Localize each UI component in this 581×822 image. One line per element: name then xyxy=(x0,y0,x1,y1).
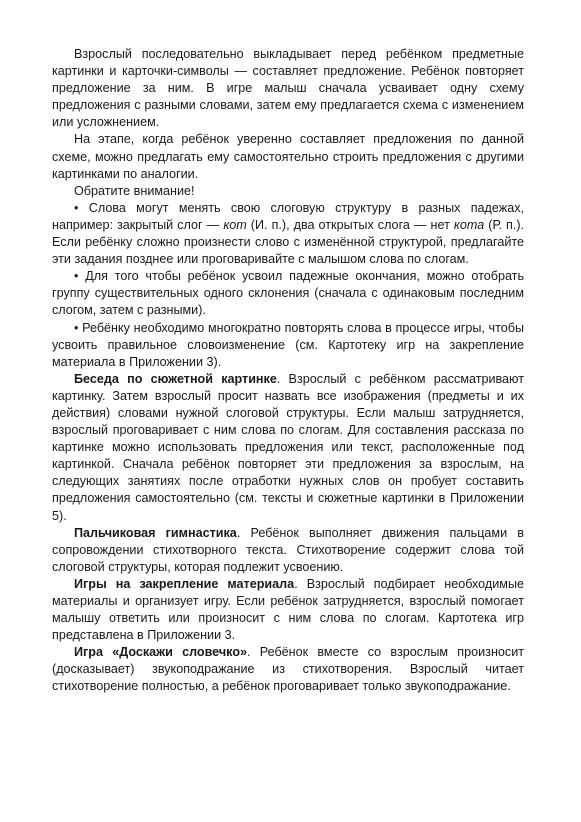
paragraph-analogy: На этапе, когда ребёнок уверенно составл… xyxy=(52,131,524,182)
section-heading: Игра «Доскажи словечко» xyxy=(74,645,247,659)
section-text: . Взрослый с ребёнком рассматривают карт… xyxy=(52,372,524,523)
bullet-text: Ребёнку необходимо многократно повторять… xyxy=(52,321,524,369)
bullet-text: (И. п.), два открытых слога — нет xyxy=(247,218,454,232)
paragraph-intro: Взрослый последовательно выкладывает пер… xyxy=(52,46,524,131)
section-heading: Игры на закрепление материала xyxy=(74,577,294,591)
bullet-text: Для того чтобы ребёнок усвоил падежные о… xyxy=(52,269,524,317)
bullet-icon: • xyxy=(74,321,78,335)
example-word-kota: кота xyxy=(454,218,484,232)
bullet-icon: • xyxy=(74,201,78,215)
bullet-case-endings: • Для того чтобы ребёнок усвоил падежные… xyxy=(52,268,524,319)
bullet-icon: • xyxy=(74,269,78,283)
section-heading: Пальчиковая гимнастика xyxy=(74,526,237,540)
example-word-kot: кот xyxy=(223,218,246,232)
section-picture-talk: Беседа по сюжетной картинке. Взрослый с … xyxy=(52,371,524,525)
note-heading: Обратите внимание! xyxy=(52,183,524,200)
document-page: Взрослый последовательно выкладывает пер… xyxy=(52,46,524,696)
section-reinforcement-games: Игры на закрепление материала. Взрослый … xyxy=(52,576,524,644)
section-finish-word-game: Игра «Доскажи словечко». Ребёнок вместе … xyxy=(52,644,524,695)
section-heading: Беседа по сюжетной картинке xyxy=(74,372,277,386)
bullet-syllable-structure: • Слова могут менять свою слоговую струк… xyxy=(52,200,524,268)
section-finger-gymnastics: Пальчиковая гимнастика. Ребёнок выполняе… xyxy=(52,525,524,576)
bullet-repetition: • Ребёнку необходимо многократно повторя… xyxy=(52,320,524,371)
